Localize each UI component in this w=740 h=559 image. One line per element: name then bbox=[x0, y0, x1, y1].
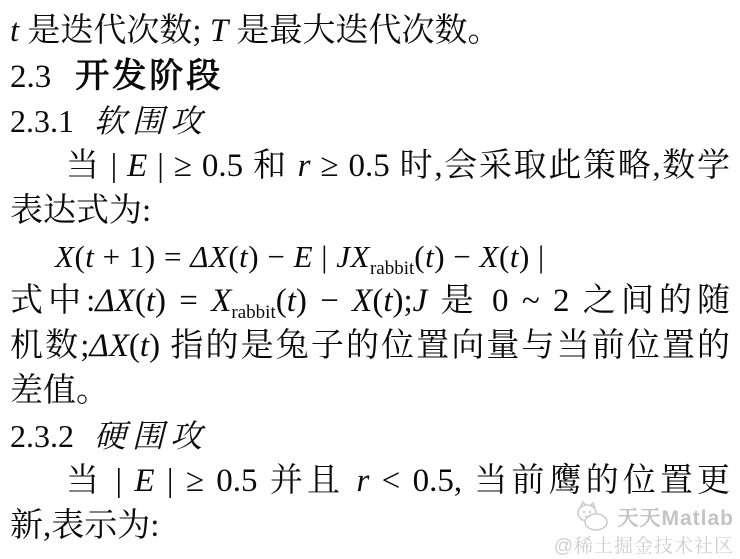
var-X: X bbox=[55, 239, 74, 274]
watermark-community: @稀土掘金技术社区 bbox=[554, 537, 734, 557]
subsection-heading-2-3-1: 2.3.1软围攻 bbox=[10, 99, 730, 144]
text-run: 新,表示为: bbox=[10, 508, 159, 544]
text-run: ) − bbox=[296, 283, 352, 319]
body-line-explain-3: 差值。 bbox=[10, 369, 730, 414]
subsection-title: 硬围攻 bbox=[94, 418, 208, 454]
text-run: 式中: bbox=[10, 283, 95, 319]
body-line-hard-condition: 当 | E | ≥ 0.5 并且 r < 0.5, 当前鹰的位置更 bbox=[10, 459, 730, 504]
var-X: X bbox=[352, 283, 372, 319]
text-run: 是 0 ~ 2 之间的随 bbox=[427, 283, 730, 319]
text-run: + 1) = bbox=[94, 239, 190, 274]
subsection-title: 软围攻 bbox=[94, 103, 208, 139]
text-run: ) − bbox=[248, 239, 293, 274]
text-run: ) = bbox=[155, 283, 211, 319]
text-run: | ≥ 0.5 和 bbox=[147, 148, 297, 184]
text-run: 是迭代次数; bbox=[19, 13, 210, 49]
var-t: t bbox=[10, 13, 19, 49]
text-run: < 0.5, 当前鹰的位置更 bbox=[369, 463, 730, 499]
text-run: 是最大迭代次数。 bbox=[228, 13, 500, 49]
var-t: t bbox=[510, 239, 519, 274]
text-run: ( bbox=[228, 239, 239, 274]
var-X: X bbox=[211, 283, 231, 319]
text-run: | ≥ 0.5 并且 bbox=[155, 463, 357, 499]
var-t: t bbox=[425, 239, 434, 274]
text-run: ( bbox=[499, 239, 510, 274]
body-line-explain-2: 机数;ΔX(t) 指的是兔子的位置向量与当前位置的 bbox=[10, 324, 730, 369]
text-run: | bbox=[313, 239, 336, 274]
body-line-iterations: t 是迭代次数; T 是最大迭代次数。 bbox=[10, 9, 730, 54]
text-run: ( bbox=[414, 239, 425, 274]
var-t: t bbox=[287, 283, 296, 319]
var-delta-X: ΔX bbox=[190, 239, 228, 274]
text-run: ) 指的是兔子的位置向量与当前位置的 bbox=[149, 328, 730, 364]
section-number: 2.3 bbox=[10, 59, 51, 95]
var-r: r bbox=[298, 148, 311, 184]
watermark: 天天Matlab @稀土掘金技术社区 bbox=[554, 500, 734, 557]
text-run: ); bbox=[392, 283, 412, 319]
formula-soft-besiege: X(t + 1) = ΔX(t) − E | JXrabbit(t) − X(t… bbox=[10, 234, 730, 279]
text-run: 表达式为: bbox=[10, 193, 151, 229]
text-run: ) | bbox=[519, 239, 545, 274]
var-E: E bbox=[134, 463, 154, 499]
subsection-heading-2-3-2: 2.3.2硬围攻 bbox=[10, 414, 730, 459]
var-delta-X: ΔX bbox=[89, 328, 129, 364]
var-delta-X: ΔX bbox=[95, 283, 135, 319]
text-run: 当 | bbox=[66, 463, 134, 499]
var-JX: JX bbox=[336, 239, 370, 274]
text-run: ( bbox=[372, 283, 383, 319]
body-line-explain-1: 式中:ΔX(t) = Xrabbit(t) − X(t);J 是 0 ~ 2 之… bbox=[10, 279, 730, 324]
var-t: t bbox=[239, 239, 248, 274]
text-run: ( bbox=[135, 283, 146, 319]
watermark-brand: 天天Matlab bbox=[617, 508, 734, 530]
var-E: E bbox=[294, 239, 313, 274]
text-run: 差值。 bbox=[10, 373, 109, 409]
var-r: r bbox=[356, 463, 369, 499]
watermark-row-brand: 天天Matlab bbox=[554, 500, 734, 537]
subscript-rabbit: rabbit bbox=[370, 258, 414, 279]
subsection-number: 2.3.2 bbox=[10, 418, 74, 454]
var-E: E bbox=[127, 148, 147, 184]
var-t: t bbox=[146, 283, 155, 319]
text-run: ) − bbox=[434, 239, 479, 274]
text-run: ( bbox=[129, 328, 140, 364]
body-line-soft-condition: 当 | E | ≥ 0.5 和 r ≥ 0.5 时,会采取此策略,数学 bbox=[10, 144, 730, 189]
text-run: ≥ 0.5 时,会采取此策略,数学 bbox=[311, 148, 731, 184]
var-J: J bbox=[413, 283, 428, 319]
var-X: X bbox=[480, 239, 499, 274]
section-heading-2-3: 2.3开发阶段 bbox=[10, 54, 730, 99]
text-run: 机数; bbox=[10, 328, 89, 364]
text-run: ( bbox=[276, 283, 287, 319]
cat-doodle-icon bbox=[573, 500, 613, 537]
var-t: t bbox=[140, 328, 149, 364]
body-line-expression-label: 表达式为: bbox=[10, 189, 730, 234]
text-run: ( bbox=[74, 239, 85, 274]
text-run: 当 | bbox=[66, 148, 127, 184]
document-page: t 是迭代次数; T 是最大迭代次数。 2.3开发阶段 2.3.1软围攻 当 |… bbox=[0, 0, 740, 559]
subscript-rabbit: rabbit bbox=[231, 302, 275, 323]
subsection-number: 2.3.1 bbox=[10, 103, 74, 139]
section-title: 开发阶段 bbox=[75, 57, 223, 95]
var-T: T bbox=[210, 13, 228, 49]
